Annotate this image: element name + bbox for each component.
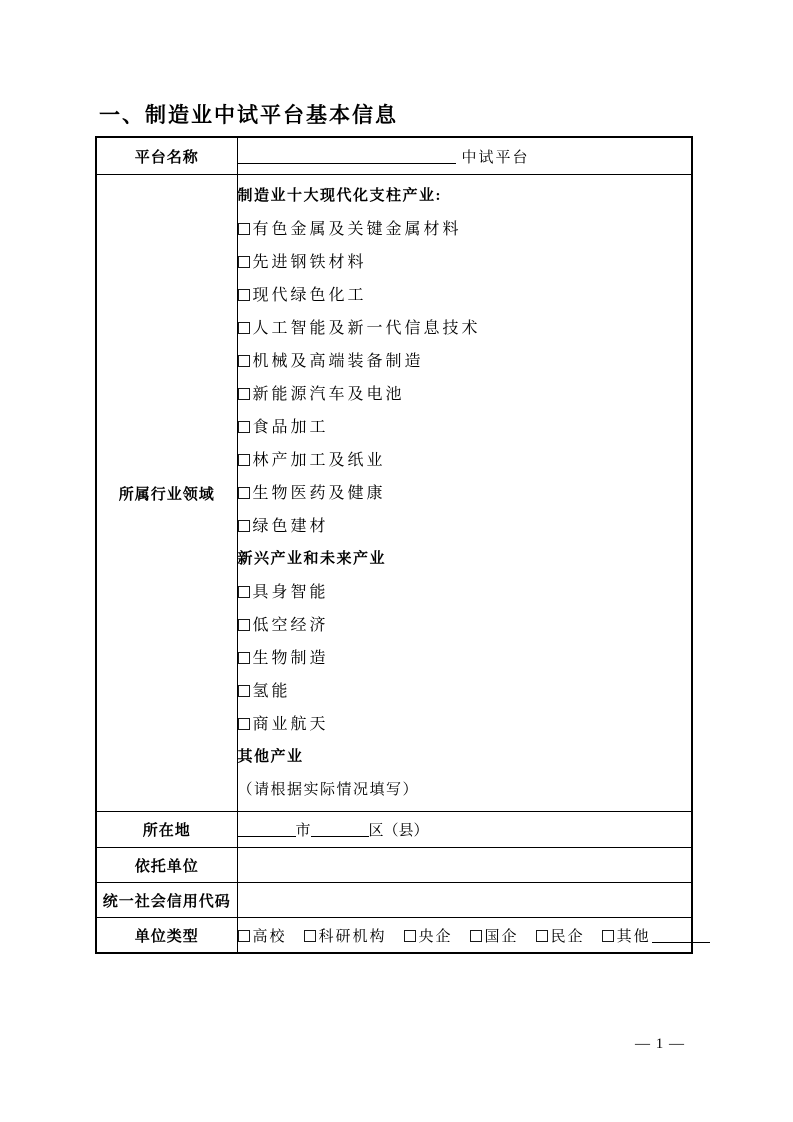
- industry-fill-note: （请根据实际情况填写）: [238, 774, 692, 807]
- credit-code-value-cell[interactable]: [237, 883, 692, 918]
- industry-option-label: 人工智能及新一代信息技术: [253, 320, 481, 337]
- table-row-industry: 所属行业领域 制造业十大现代化支柱产业: 有色金属及关键金属材料 先进钢铁材料 …: [96, 175, 692, 812]
- checkbox-icon[interactable]: [404, 930, 416, 942]
- industry-option[interactable]: 低空经济: [238, 609, 692, 642]
- unit-type-option-label: 高校: [253, 929, 287, 945]
- industry-options-cell: 制造业十大现代化支柱产业: 有色金属及关键金属材料 先进钢铁材料 现代绿色化工 …: [237, 175, 692, 812]
- industry-option-label: 有色金属及关键金属材料: [253, 221, 462, 238]
- industry-option-label: 机械及高端装备制造: [253, 353, 424, 370]
- industry-option[interactable]: 氢能: [238, 675, 692, 708]
- location-label: 所在地: [96, 812, 237, 848]
- checkbox-icon[interactable]: [238, 718, 250, 730]
- industry-option-label: 具身智能: [253, 584, 329, 601]
- industry-option[interactable]: 林产加工及纸业: [238, 444, 692, 477]
- industry-option[interactable]: 人工智能及新一代信息技术: [238, 312, 692, 345]
- industry-option-label: 生物医药及健康: [253, 485, 386, 502]
- table-row-location: 所在地 市区（县）: [96, 812, 692, 848]
- unit-type-option-label: 国企: [485, 929, 519, 945]
- table-row-unit-type: 单位类型 高校 科研机构 央企 国企 民企 其他: [96, 918, 692, 954]
- checkbox-icon[interactable]: [304, 930, 316, 942]
- industry-option-label: 现代绿色化工: [253, 287, 367, 304]
- unit-type-option[interactable]: 国企: [470, 925, 519, 946]
- industry-option-label: 先进钢铁材料: [253, 254, 367, 271]
- industry-option[interactable]: 机械及高端装备制造: [238, 345, 692, 378]
- unit-type-option-label: 央企: [419, 929, 453, 945]
- checkbox-icon[interactable]: [238, 520, 250, 532]
- unit-type-option-label: 其他: [617, 929, 651, 945]
- checkbox-icon[interactable]: [238, 487, 250, 499]
- page-title: 一、制造业中试平台基本信息: [99, 99, 398, 129]
- district-suffix: 区（县）: [369, 823, 429, 839]
- checkbox-icon[interactable]: [238, 256, 250, 268]
- checkbox-icon[interactable]: [238, 421, 250, 433]
- industry-option[interactable]: 生物制造: [238, 642, 692, 675]
- industry-group-heading: 其他产业: [238, 741, 692, 774]
- district-blank-field[interactable]: [311, 821, 369, 837]
- industry-option[interactable]: 新能源汽车及电池: [238, 378, 692, 411]
- table-row-supporting-unit: 依托单位: [96, 848, 692, 883]
- unit-type-option[interactable]: 民企: [536, 925, 585, 946]
- industry-option-label: 低空经济: [253, 617, 329, 634]
- industry-option-label: 绿色建材: [253, 518, 329, 535]
- city-blank-field[interactable]: [238, 821, 296, 837]
- industry-option[interactable]: 先进钢铁材料: [238, 246, 692, 279]
- supporting-unit-label: 依托单位: [96, 848, 237, 883]
- unit-type-option[interactable]: 科研机构: [304, 925, 387, 946]
- checkbox-icon[interactable]: [238, 930, 250, 942]
- industry-option[interactable]: 绿色建材: [238, 510, 692, 543]
- unit-type-option[interactable]: 高校: [238, 925, 287, 946]
- checkbox-icon[interactable]: [536, 930, 548, 942]
- checkbox-icon[interactable]: [238, 223, 250, 235]
- platform-name-label: 平台名称: [96, 137, 237, 175]
- industry-label: 所属行业领域: [96, 175, 237, 812]
- page-number: — 1 —: [620, 1036, 700, 1053]
- checkbox-icon[interactable]: [238, 652, 250, 664]
- industry-option-label: 生物制造: [253, 650, 329, 667]
- supporting-unit-value-cell[interactable]: [237, 848, 692, 883]
- industry-option[interactable]: 生物医药及健康: [238, 477, 692, 510]
- unit-type-label: 单位类型: [96, 918, 237, 954]
- checkbox-icon[interactable]: [470, 930, 482, 942]
- industry-option-label: 商业航天: [253, 716, 329, 733]
- unit-type-option-label: 民企: [551, 929, 585, 945]
- table-row-credit-code: 统一社会信用代码: [96, 883, 692, 918]
- industry-option[interactable]: 食品加工: [238, 411, 692, 444]
- credit-code-label: 统一社会信用代码: [96, 883, 237, 918]
- industry-option[interactable]: 具身智能: [238, 576, 692, 609]
- checkbox-icon[interactable]: [238, 322, 250, 334]
- unit-type-option-label: 科研机构: [319, 929, 387, 945]
- city-suffix: 市: [296, 823, 311, 839]
- checkbox-icon[interactable]: [602, 930, 614, 942]
- industry-option[interactable]: 商业航天: [238, 708, 692, 741]
- unit-type-option[interactable]: 其他: [602, 925, 710, 946]
- industry-option-label: 食品加工: [253, 419, 329, 436]
- industry-option[interactable]: 有色金属及关键金属材料: [238, 213, 692, 246]
- document-page: 一、制造业中试平台基本信息 平台名称 中试平台 所属行业领域 制造业十大现代化支…: [0, 0, 793, 1122]
- checkbox-icon[interactable]: [238, 355, 250, 367]
- industry-option-label: 林产加工及纸业: [253, 452, 386, 469]
- checkbox-icon[interactable]: [238, 685, 250, 697]
- industry-group-heading: 制造业十大现代化支柱产业:: [238, 180, 692, 213]
- checkbox-icon[interactable]: [238, 454, 250, 466]
- industry-group-heading: 新兴产业和未来产业: [238, 543, 692, 576]
- table-row-platform-name: 平台名称 中试平台: [96, 137, 692, 175]
- industry-option-label: 氢能: [253, 683, 291, 700]
- checkbox-icon[interactable]: [238, 619, 250, 631]
- checkbox-icon[interactable]: [238, 388, 250, 400]
- platform-name-blank-field[interactable]: [238, 148, 456, 164]
- industry-option-label: 新能源汽车及电池: [253, 386, 405, 403]
- basic-info-table: 平台名称 中试平台 所属行业领域 制造业十大现代化支柱产业: 有色金属及关键金属…: [95, 136, 693, 954]
- checkbox-icon[interactable]: [238, 586, 250, 598]
- industry-option[interactable]: 现代绿色化工: [238, 279, 692, 312]
- unit-type-other-blank-field[interactable]: [652, 927, 710, 943]
- platform-name-suffix: 中试平台: [462, 150, 530, 166]
- unit-type-option[interactable]: 央企: [404, 925, 453, 946]
- checkbox-icon[interactable]: [238, 289, 250, 301]
